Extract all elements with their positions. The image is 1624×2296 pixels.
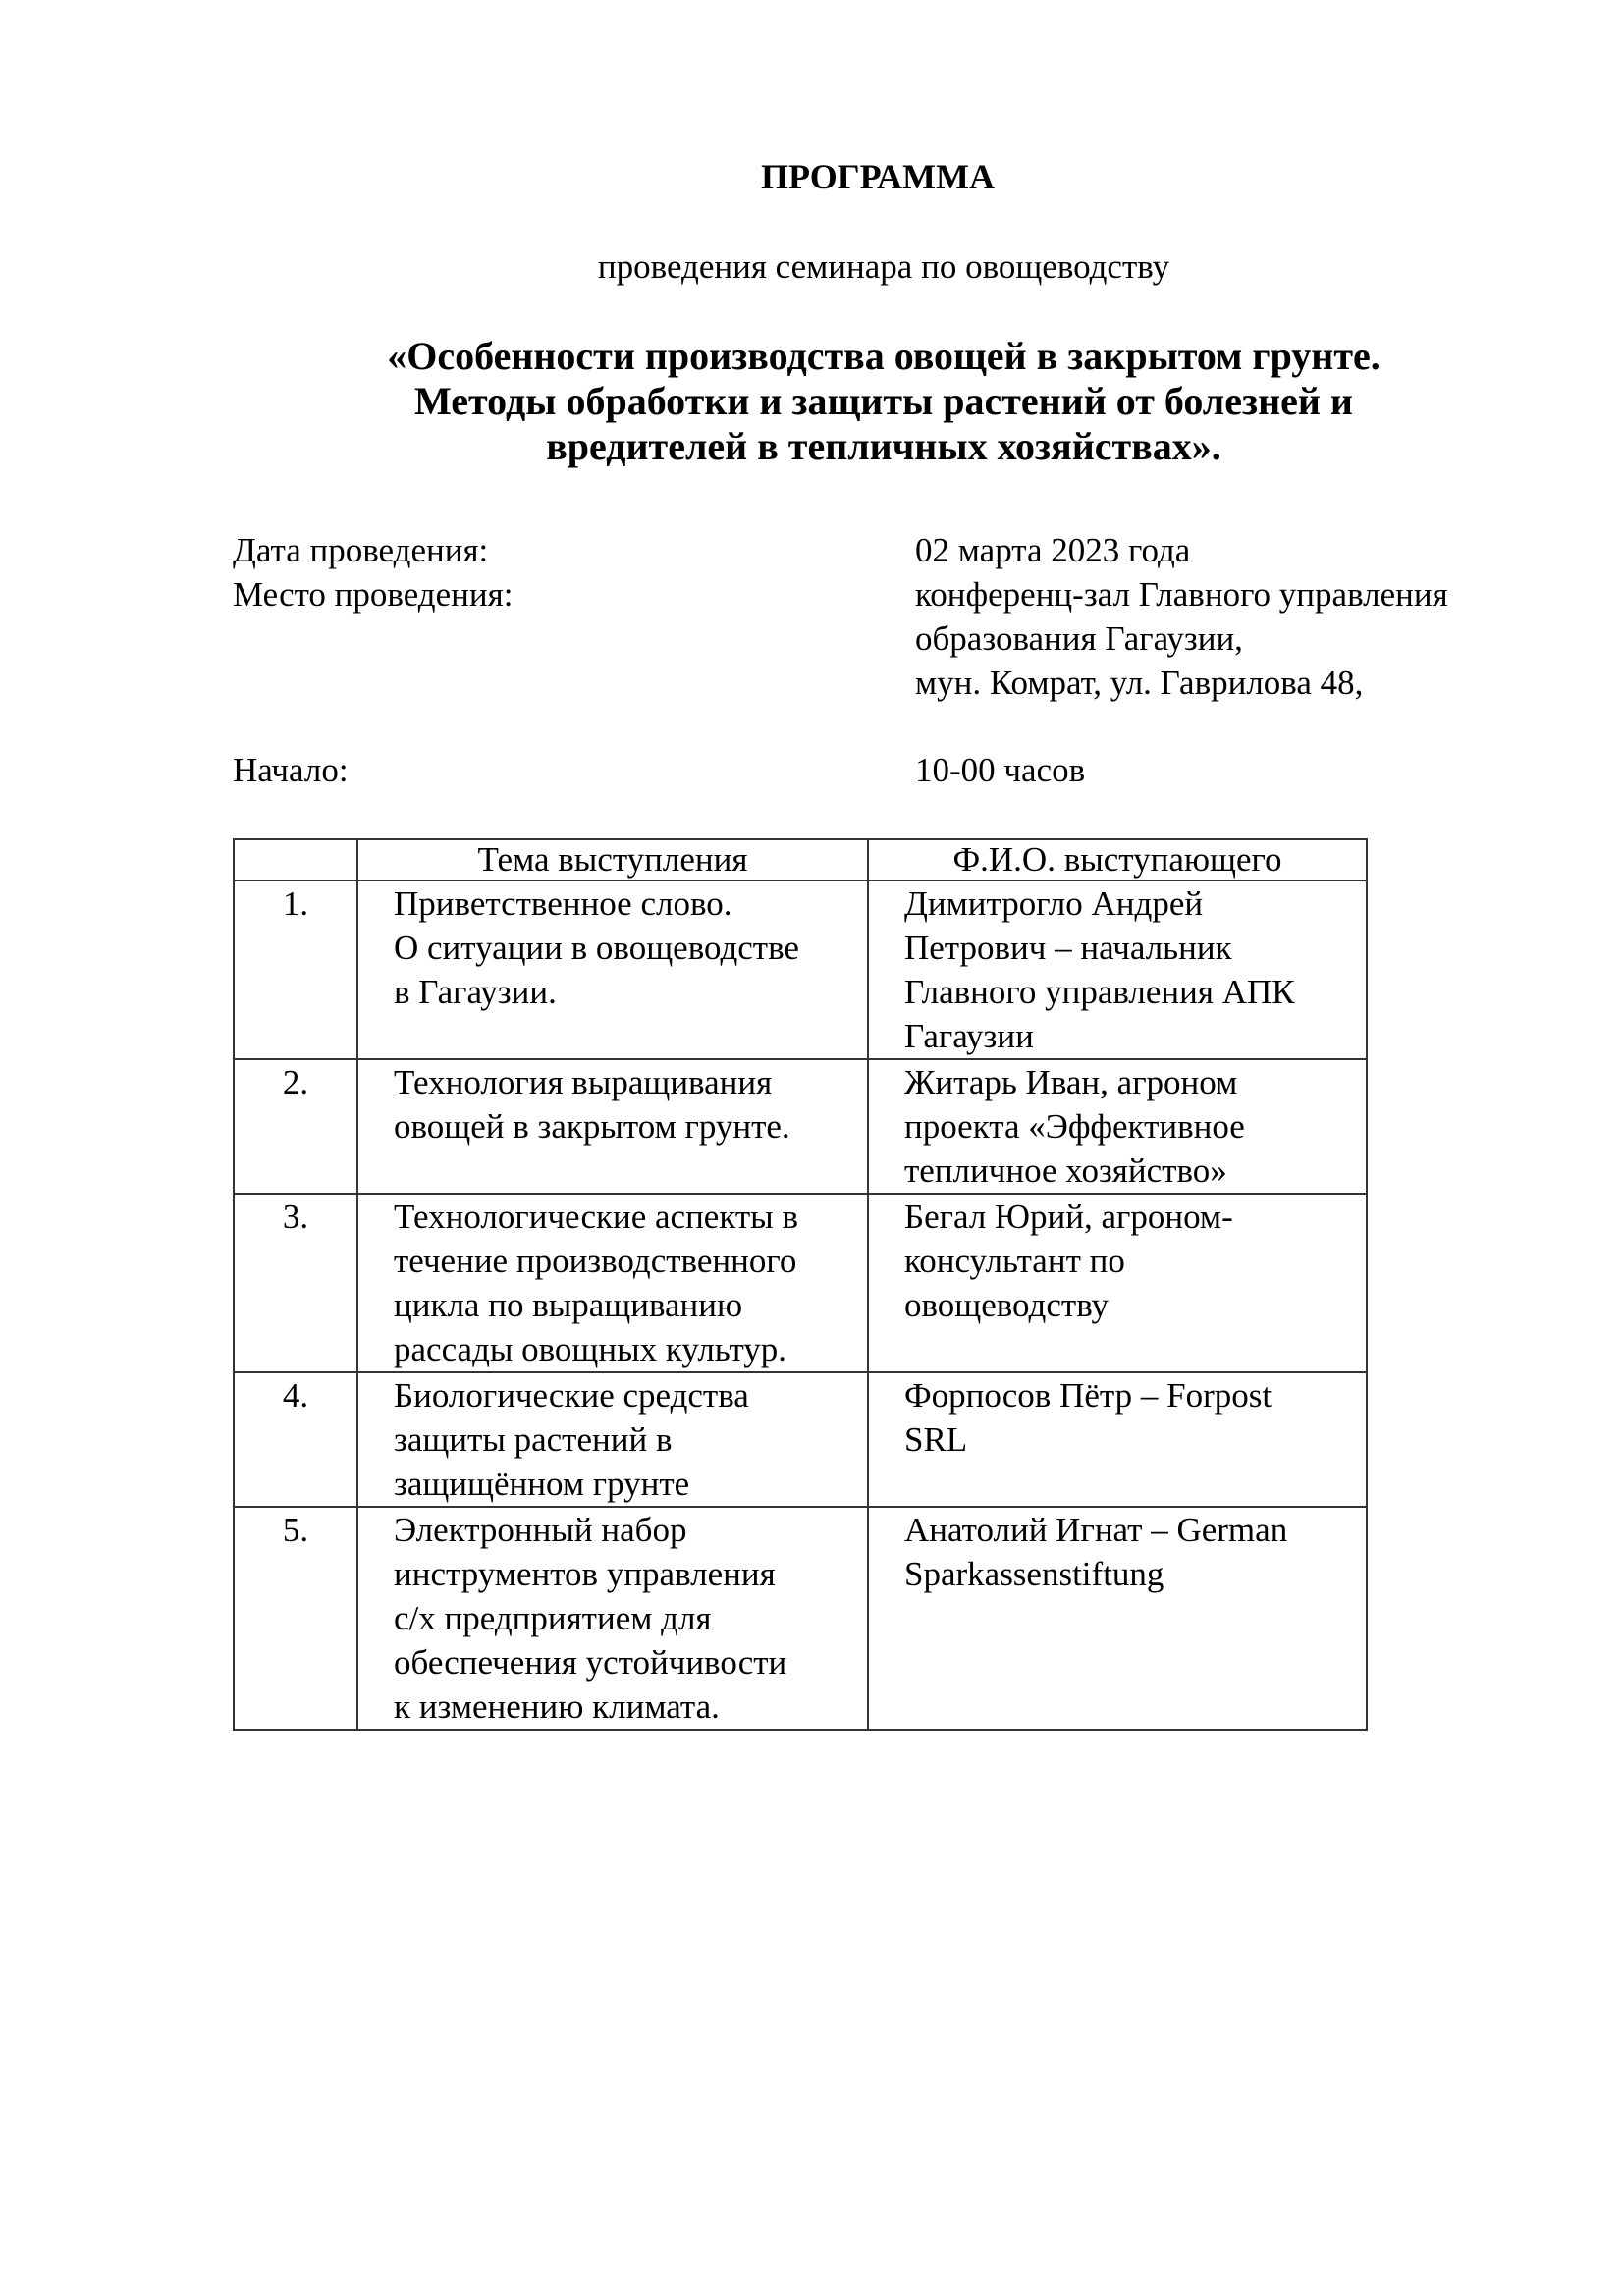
row-speaker-line: консультант по (904, 1239, 1366, 1283)
row-speaker-line: Гагаузии (904, 1014, 1366, 1058)
row-topic: Биологические средствазащиты растений вз… (357, 1372, 868, 1507)
document-page: ПРОГРАММА проведения семинара по овощево… (0, 0, 1624, 2296)
table-header-row: Тема выступления Ф.И.О. выступающего (234, 839, 1367, 881)
row-topic: Технология выращиванияовощей в закрытом … (357, 1059, 868, 1194)
row-topic-line: обеспечения устойчивости (394, 1640, 867, 1684)
row-speaker-line: Главного управления АПК (904, 970, 1366, 1014)
start-label: Начало: (233, 748, 349, 792)
row-number: 3. (234, 1194, 357, 1372)
row-speaker-line: Димитрогло Андрей (904, 881, 1366, 926)
row-topic-line: рассады овощных культур. (394, 1327, 867, 1371)
table-row: 3.Технологические аспекты втечение произ… (234, 1194, 1367, 1372)
row-speaker: Форпосов Пётр – ForpostSRL (868, 1372, 1367, 1507)
row-speaker-line: Житарь Иван, агроном (904, 1060, 1366, 1104)
row-speaker: Димитрогло АндрейПетрович – начальникГла… (868, 881, 1367, 1059)
row-number-line: 4. (235, 1373, 356, 1417)
row-number-line: 2. (235, 1060, 356, 1104)
place-value: конференц-зал Главного управления образо… (915, 572, 1448, 705)
place-line: образования Гагаузии, (915, 616, 1448, 661)
headline-line: Методы обработки и защиты растений от бо… (245, 379, 1522, 424)
row-speaker-line: овощеводству (904, 1283, 1366, 1327)
program-table: Тема выступления Ф.И.О. выступающего 1.П… (233, 838, 1368, 1731)
row-topic-line: с/х предприятием для (394, 1596, 867, 1640)
document-subtitle: проведения семинара по овощеводству (0, 245, 1624, 289)
row-speaker-line: Бегал Юрий, агроном- (904, 1195, 1366, 1239)
row-topic-line: защиты растений в (394, 1417, 867, 1462)
header-topic: Тема выступления (357, 839, 868, 881)
headline-line: вредителей в тепличных хозяйствах». (245, 424, 1522, 469)
place-label: Место проведения: (233, 572, 513, 616)
document-title: ПРОГРАММА (0, 155, 1624, 198)
row-speaker: Бегал Юрий, агроном-консультант поовощев… (868, 1194, 1367, 1372)
row-speaker-line: тепличное хозяйство» (904, 1148, 1366, 1193)
date-label: Дата проведения: (233, 528, 488, 572)
row-topic-line: Приветственное слово. (394, 881, 867, 926)
date-value: 02 марта 2023 года (915, 528, 1190, 572)
table-row: 2.Технология выращиванияовощей в закрыто… (234, 1059, 1367, 1194)
row-speaker-line: проекта «Эффективное (904, 1104, 1366, 1148)
row-topic-line: Электронный набор (394, 1508, 867, 1552)
row-speaker-line: Анатолий Игнат – German (904, 1508, 1366, 1552)
row-topic: Технологические аспекты втечение произво… (357, 1194, 868, 1372)
row-number: 2. (234, 1059, 357, 1194)
headline-line: «Особенности производства овощей в закры… (245, 334, 1522, 379)
row-topic-line: защищённом грунте (394, 1462, 867, 1506)
row-topic-line: к изменению климата. (394, 1684, 867, 1729)
row-number-line: 5. (235, 1508, 356, 1552)
header-number (234, 839, 357, 881)
row-speaker-line: Форпосов Пётр – Forpost (904, 1373, 1366, 1417)
start-value: 10-00 часов (915, 748, 1085, 792)
row-topic-line: Технология выращивания (394, 1060, 867, 1104)
place-line: мун. Комрат, ул. Гаврилова 48, (915, 661, 1448, 705)
row-speaker-line: SRL (904, 1417, 1366, 1462)
row-number: 4. (234, 1372, 357, 1507)
header-speaker: Ф.И.О. выступающего (868, 839, 1367, 881)
row-topic-line: в Гагаузии. (394, 970, 867, 1014)
row-topic-line: овощей в закрытом грунте. (394, 1104, 867, 1148)
row-topic: Электронный наборинструментов управления… (357, 1507, 868, 1730)
row-topic: Приветственное слово.О ситуации в овощев… (357, 881, 868, 1059)
row-speaker: Анатолий Игнат – GermanSparkassenstiftun… (868, 1507, 1367, 1730)
row-topic-line: течение производственного (394, 1239, 867, 1283)
row-speaker: Житарь Иван, агрономпроекта «Эффективное… (868, 1059, 1367, 1194)
row-number: 1. (234, 881, 357, 1059)
row-topic-line: Технологические аспекты в (394, 1195, 867, 1239)
row-speaker-line: Петрович – начальник (904, 926, 1366, 970)
row-speaker-line: Sparkassenstiftung (904, 1552, 1366, 1596)
row-topic-line: цикла по выращиванию (394, 1283, 867, 1327)
place-line: конференц-зал Главного управления (915, 572, 1448, 616)
row-number-line: 3. (235, 1195, 356, 1239)
row-topic-line: Биологические средства (394, 1373, 867, 1417)
seminar-headline: «Особенности производства овощей в закры… (245, 334, 1522, 469)
row-topic-line: О ситуации в овощеводстве (394, 926, 867, 970)
row-number-line: 1. (235, 881, 356, 926)
table-row: 1.Приветственное слово.О ситуации в овощ… (234, 881, 1367, 1059)
table-row: 5.Электронный наборинструментов управлен… (234, 1507, 1367, 1730)
row-number: 5. (234, 1507, 357, 1730)
table-row: 4.Биологические средствазащиты растений … (234, 1372, 1367, 1507)
table-body: 1.Приветственное слово.О ситуации в овощ… (234, 881, 1367, 1730)
row-topic-line: инструментов управления (394, 1552, 867, 1596)
